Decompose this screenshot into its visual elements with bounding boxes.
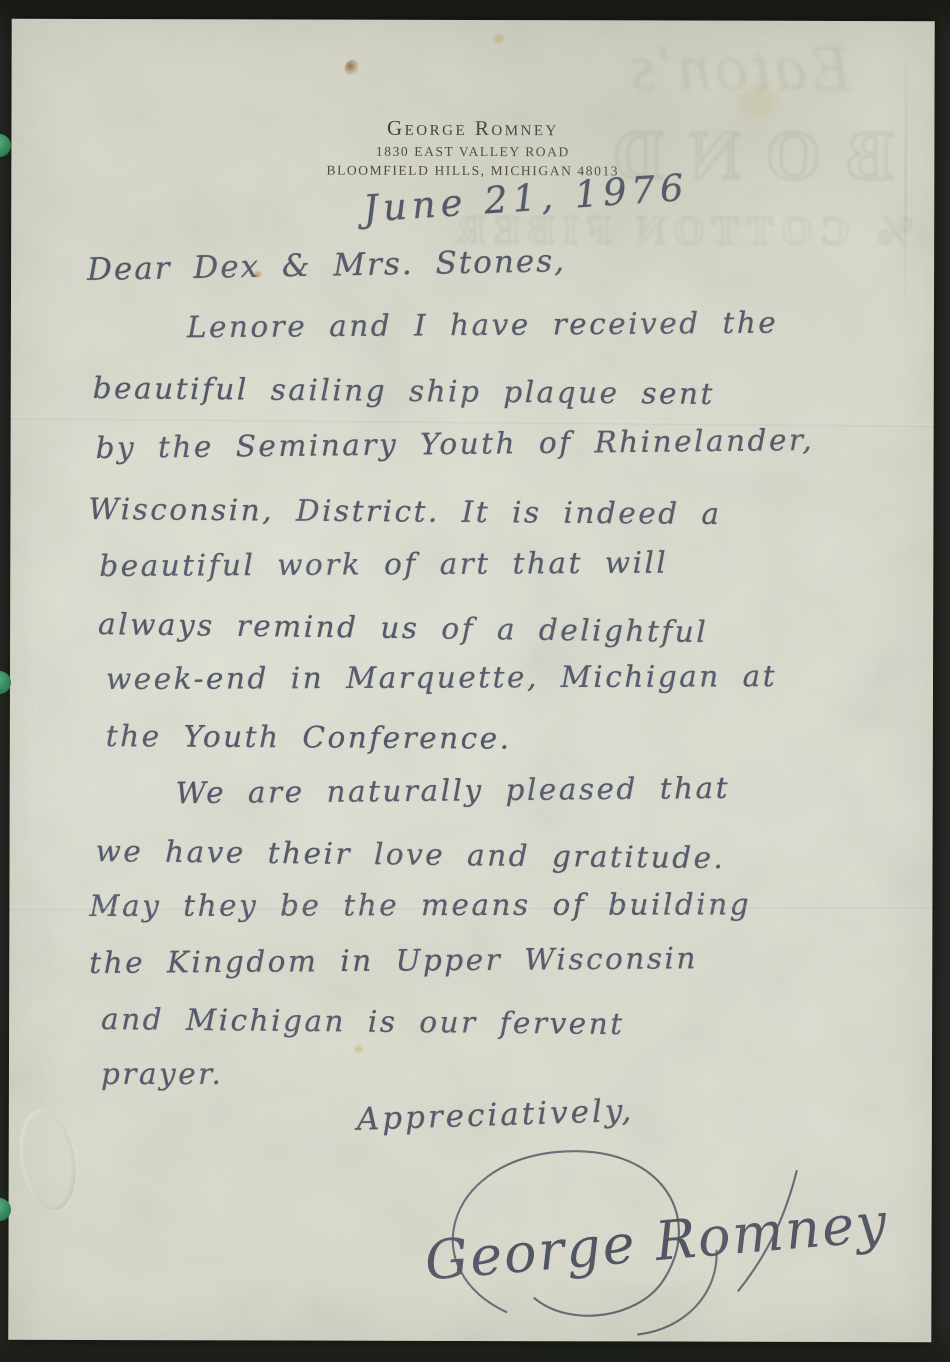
stain-spot (737, 85, 777, 119)
letterhead: George Romney 1830 EAST VALLEY ROAD BLOO… (11, 115, 934, 180)
body-line: May they be the means of building (89, 887, 751, 923)
salutation-line: Dear Dex & Mrs. Stones, (87, 243, 567, 288)
letter-paper: Eaton's BOND % COTTON FIBER George Romne… (8, 19, 934, 1342)
signature-block: George Romney (386, 1132, 827, 1338)
stain-spot (354, 1046, 363, 1053)
body-line: Lenore and I have received the (187, 306, 779, 345)
body-line: week-end in Marquette, Michigan at (106, 659, 777, 696)
body-line: by the Seminary Youth of Rhinelander, (95, 423, 814, 465)
letterhead-name: George Romney (11, 115, 934, 142)
watermark-script-text: Eaton's (626, 30, 852, 107)
body-line: and Michigan is our fervent (101, 1002, 625, 1041)
signature-text: George Romney (422, 1191, 890, 1293)
body-line: always remind us of a delightful (98, 607, 709, 649)
body-line: beautiful work of art that will (99, 546, 668, 583)
body-line: the Youth Conference. (106, 719, 512, 755)
letterhead-address-line2: BLOOMFIELD HILLS, MICHIGAN 48013 (11, 162, 934, 180)
body-line: Wisconsin, District. It is indeed a (88, 492, 721, 531)
stain-spot (345, 60, 359, 76)
body-line: we have their love and gratitude. (95, 834, 725, 875)
body-line: We are naturally pleased that (176, 771, 731, 810)
letterhead-address-line1: 1830 EAST VALLEY ROAD (11, 143, 934, 161)
scan-mat: { "letterhead": { "name": "George Romney… (0, 0, 950, 1362)
body-line: beautiful sailing ship plaque sent (93, 371, 715, 411)
registration-dot (0, 134, 11, 157)
body-line: the Kingdom in Upper Wisconsin (89, 941, 698, 980)
embossed-seal (12, 1105, 83, 1215)
stain-spot (494, 34, 504, 43)
body-line: prayer. (101, 1057, 223, 1091)
